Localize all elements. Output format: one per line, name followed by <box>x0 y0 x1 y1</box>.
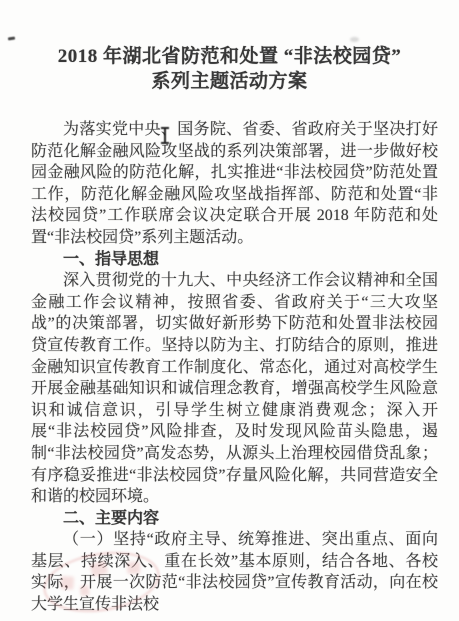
stamp-glyph-smudge <box>127 562 140 574</box>
stamp-glyph-smudge <box>79 585 89 596</box>
document-body: 为落实党中央、国务院、省委、省政府关于坚决打好防范化解金融风险攻坚战的系列决策部… <box>31 119 438 616</box>
section-heading-1: 一、指导思想 <box>31 249 438 271</box>
scan-speck-top-right <box>350 37 359 42</box>
paragraph-guiding-idea: 深入贯彻党的十九大、中央经济工作会议精神和全国金融工作会议精神，按照省委、省政府… <box>31 270 438 508</box>
paragraph-intro: 为落实党中央、国务院、省委、省政府关于坚决打好防范化解金融风险攻坚战的系列决策部… <box>31 119 438 249</box>
title-line-2: 系列主题活动方案 <box>0 69 459 94</box>
document-sheet: 2018 年湖北省防范和处置 “非法校园贷” 系列主题活动方案 为落实党中央、国… <box>0 0 459 621</box>
stamp-glyph-smudge <box>60 576 74 590</box>
scanned-document-page: 2018 年湖北省防范和处置 “非法校园贷” 系列主题活动方案 为落实党中央、国… <box>0 0 459 621</box>
text-cursor-scan-artifact-icon <box>161 127 169 144</box>
document-title: 2018 年湖北省防范和处置 “非法校园贷” 系列主题活动方案 <box>0 0 459 94</box>
title-line-1: 2018 年湖北省防范和处置 “非法校园贷” <box>0 44 459 69</box>
section-heading-2: 二、主要内容 <box>31 508 438 530</box>
